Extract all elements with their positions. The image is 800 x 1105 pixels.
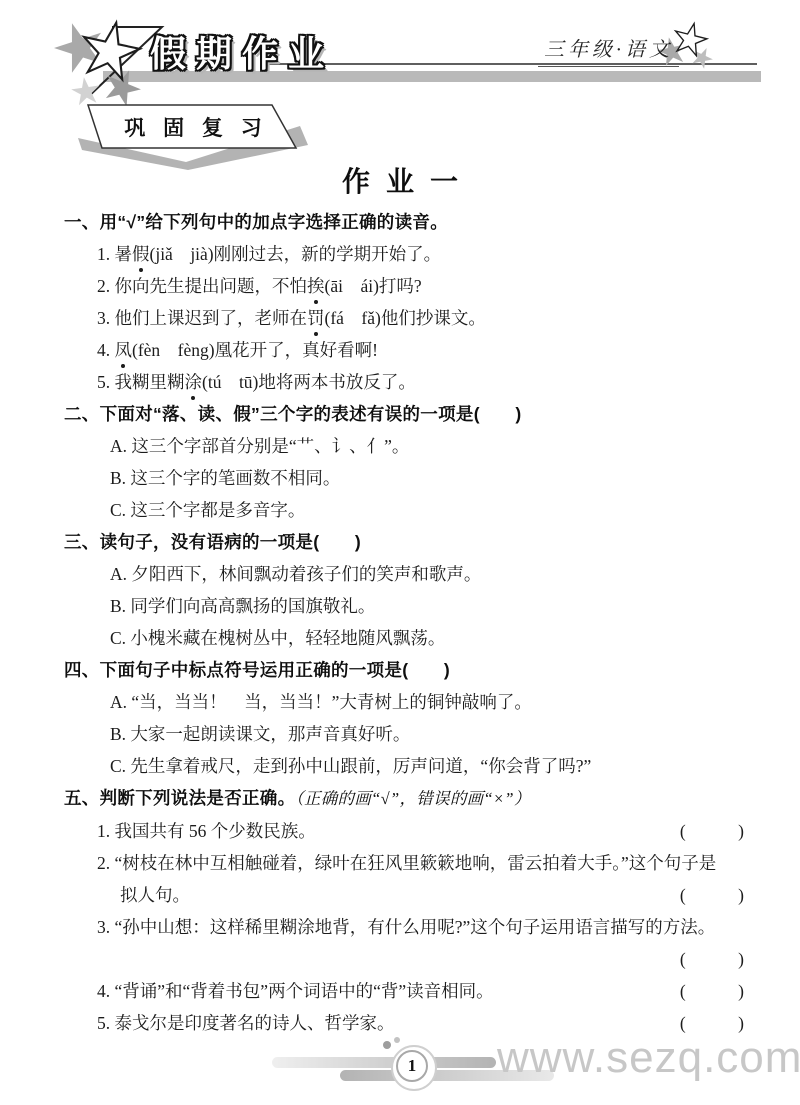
dotted-char: 挨 bbox=[307, 270, 325, 302]
footer-bar-left bbox=[272, 1057, 496, 1068]
left-star-cluster bbox=[48, 16, 145, 109]
item-text: 5. 我糊里糊 bbox=[97, 372, 185, 392]
judgment-text: 4. “背诵”和“背着书包”两个词语中的“背”读音相同。 bbox=[64, 975, 494, 1007]
judgment-text: 1. 我国共有 56 个少数民族。 bbox=[64, 815, 316, 847]
item-text: (jiǎ jià)刚刚过去，新的学期开始了。 bbox=[150, 244, 442, 264]
judgment-item-4: 4. “背诵”和“背着书包”两个词语中的“背”读音相同。 ( ) bbox=[64, 975, 744, 1007]
section-4-option-a: A. “当，当当！ 当，当当！”大青树上的铜钟敲响了。 bbox=[64, 686, 744, 718]
section-1-item-2: 2. 你向先生提出问题，不怕挨(āi ái)打吗? bbox=[64, 270, 744, 302]
page-number: 1 bbox=[396, 1050, 428, 1082]
banner-label: 巩 固 复 习 bbox=[98, 112, 294, 142]
section-3-heading: 三、读句子，没有语病的一项是( ) bbox=[64, 526, 744, 558]
judgment-item-3: 3. “孙中山想：这样稀里糊涂地背，有什么用呢?”这个句子运用语言描写的方法。 … bbox=[64, 911, 744, 975]
dotted-char: 凤 bbox=[115, 334, 133, 366]
sheet-title: 作业一 bbox=[0, 160, 800, 200]
answer-bracket: ( ) bbox=[680, 975, 744, 1007]
dotted-char: 假 bbox=[132, 238, 150, 270]
section-3-option-a: A. 夕阳西下，林间飘动着孩子们的笑声和歌声。 bbox=[64, 558, 744, 590]
section-1-item-5: 5. 我糊里糊涂(tú tū)地将两本书放反了。 bbox=[64, 366, 744, 398]
judgment-item-2: 2. “树枝在林中互相触碰着，绿叶在狂风里簌簌地响，雷云拍着大手。”这个句子是 … bbox=[64, 847, 744, 911]
section-2-option-b: B. 这三个字的笔画数不相同。 bbox=[64, 462, 744, 494]
item-text: 2. 你向先生提出问题，不怕 bbox=[97, 276, 307, 296]
item-text: 1. 暑 bbox=[97, 244, 132, 264]
footer-dot-large bbox=[383, 1041, 391, 1049]
section-5-heading: 五、判断下列说法是否正确。（正确的画“√”，错误的画“×”） bbox=[64, 782, 744, 815]
answer-bracket: ( ) bbox=[680, 879, 744, 911]
section-2-option-a: A. 这三个字部首分别是“艹、讠、亻”。 bbox=[64, 430, 744, 462]
judgment-text-cont: 拟人句。 bbox=[64, 879, 190, 911]
section-4-option-c: C. 先生拿着戒尺，走到孙中山跟前，厉声问道，“你会背了吗?” bbox=[64, 750, 744, 782]
book-title: 假期作业 bbox=[150, 26, 334, 77]
judgment-text: 2. “树枝在林中互相触碰着，绿叶在狂风里簌簌地响，雷云拍着大手。”这个句子是 bbox=[64, 847, 716, 879]
heading-bold-text: 五、判断下列说法是否正确。 bbox=[64, 788, 295, 808]
item-text: 4. bbox=[97, 340, 115, 360]
section-1-heading: 一、用“√”给下列句中的加点字选择正确的读音。 bbox=[64, 206, 744, 238]
judgment-text-cont bbox=[64, 943, 120, 975]
dotted-char: 涂 bbox=[185, 366, 203, 398]
answer-bracket: ( ) bbox=[680, 815, 744, 847]
section-1-item-3: 3. 他们上课迟到了，老师在罚(fá fǎ)他们抄课文。 bbox=[64, 302, 744, 334]
footer-dot-small bbox=[394, 1037, 400, 1043]
judgment-text: 3. “孙中山想：这样稀里糊涂地背，有什么用呢?”这个句子运用语言描写的方法。 bbox=[64, 911, 715, 943]
watermark-text: www.sezq.com bbox=[497, 1033, 800, 1083]
section-3-option-b: B. 同学们向高高飘扬的国旗敬礼。 bbox=[64, 590, 744, 622]
section-4-option-b: B. 大家一起朗读课文，那声音真好听。 bbox=[64, 718, 744, 750]
dotted-char: 罚 bbox=[307, 302, 325, 334]
answer-bracket: ( ) bbox=[680, 943, 744, 975]
section-2-heading: 二、下面对“落、读、假”三个字的表述有误的一项是( ) bbox=[64, 398, 744, 430]
exercise-content: 一、用“√”给下列句中的加点字选择正确的读音。 1. 暑假(jiǎ jià)刚刚… bbox=[64, 206, 744, 1039]
section-3-option-c: C. 小槐米藏在槐树丛中，轻轻地随风飘荡。 bbox=[64, 622, 744, 654]
judgment-item-1: 1. 我国共有 56 个少数民族。 ( ) bbox=[64, 815, 744, 847]
workbook-page: 假期作业 三年级·语文 巩 固 复 习 作业一 一、用“√”给下列句中的加点字选… bbox=[0, 0, 800, 1105]
item-text: (fèn fèng)凰花开了，真好看啊! bbox=[132, 340, 378, 360]
grade-subject-label: 三年级·语文 bbox=[538, 33, 679, 67]
section-1-item-1: 1. 暑假(jiǎ jià)刚刚过去，新的学期开始了。 bbox=[64, 238, 744, 270]
item-text: 3. 他们上课迟到了，老师在 bbox=[97, 308, 307, 328]
section-4-heading: 四、下面句子中标点符号运用正确的一项是( ) bbox=[64, 654, 744, 686]
item-text: (āi ái)打吗? bbox=[325, 276, 422, 296]
item-text: (fá fǎ)他们抄课文。 bbox=[325, 308, 486, 328]
judgment-text: 5. 泰戈尔是印度著名的诗人、哲学家。 bbox=[64, 1007, 395, 1039]
section-1-item-4: 4. 凤(fèn fèng)凰花开了，真好看啊! bbox=[64, 334, 744, 366]
section-2-option-c: C. 这三个字都是多音字。 bbox=[64, 494, 744, 526]
item-text: (tú tū)地将两本书放反了。 bbox=[202, 372, 416, 392]
heading-note-text: （正确的画“√”，错误的画“×”） bbox=[295, 789, 530, 808]
